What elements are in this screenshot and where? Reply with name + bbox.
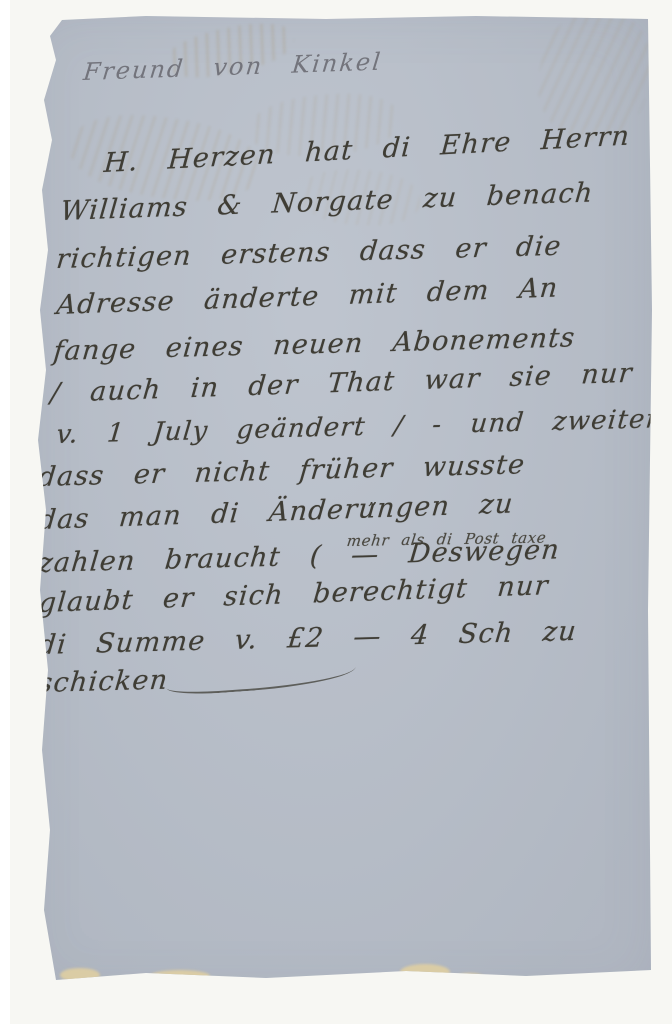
handwriting-line: Adresse änderte mit dem An	[55, 273, 560, 321]
handwriting-line: fange eines neuen Abonements	[52, 322, 577, 367]
letter-paper: Freund von Kinkel H. Herzen hat di Ehre …	[26, 10, 658, 994]
stain	[400, 964, 450, 980]
stain	[150, 970, 210, 982]
handwriting-line: schicken	[37, 665, 170, 699]
insertion-caret-mark: „	[368, 488, 377, 509]
handwriting-line: di Summe v. £2 — 4 Sch zu	[37, 616, 578, 661]
handwriting-line: dass er nicht früher wusste	[37, 449, 527, 493]
handwriting-line: / auch in der That war sie nur	[49, 358, 634, 409]
stain	[455, 973, 485, 983]
closing-flourish	[165, 655, 356, 696]
handwriting-line: richtigen erstens dass er die	[55, 231, 563, 275]
pencil-annotation: Freund von Kinkel	[82, 48, 383, 86]
scan-background: Freund von Kinkel H. Herzen hat di Ehre …	[0, 0, 672, 1024]
stain	[28, 70, 40, 104]
stain	[60, 968, 100, 982]
handwriting-line: glaubt er sich berechtigt nur	[37, 570, 550, 619]
stain	[26, 903, 40, 943]
handwriting-line: das man di Änderungen zu	[37, 488, 515, 535]
handwriting-line: v. 1 July geändert / - und zweitens	[55, 404, 672, 450]
